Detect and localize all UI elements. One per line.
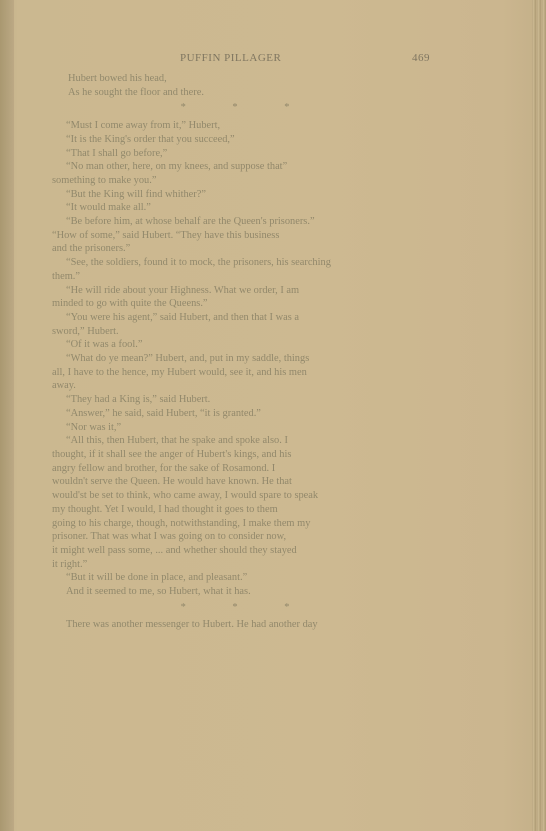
- text-line: “But the King will find whither?”: [52, 188, 440, 202]
- text-line: away.: [52, 379, 440, 393]
- text-line: “Nor was it,”: [52, 421, 440, 435]
- page-number: 469: [412, 52, 430, 64]
- running-title: PUFFIN PILLAGER: [180, 52, 281, 64]
- text-line: “Answer,” he said, said Hubert, “it is g…: [52, 407, 440, 421]
- text-line: and the prisoners.”: [52, 242, 440, 256]
- text-line: my thought. Yet I would, I had thought i…: [52, 503, 440, 517]
- text-line: prisoner. That was what I was going on t…: [52, 530, 440, 544]
- text-line: “See, the soldiers, found it to mock, th…: [52, 256, 440, 270]
- section-break: * * *: [52, 99, 440, 119]
- section-break: * * *: [52, 599, 440, 619]
- text-line: wouldn't serve the Queen. He would have …: [52, 475, 440, 489]
- text-line: sword,” Hubert.: [52, 325, 440, 339]
- book-spine-shadow: [0, 0, 14, 831]
- text-line: And it seemed to me, so Hubert, what it …: [52, 585, 440, 599]
- text-line: As he sought the floor and there.: [52, 86, 440, 100]
- text-line: them.”: [52, 270, 440, 284]
- text-line: “How of some,” said Hubert. “They have t…: [52, 229, 440, 243]
- text-line: There was another messenger to Hubert. H…: [52, 618, 440, 632]
- body-text: Hubert bowed his head,As he sought the f…: [52, 72, 440, 632]
- text-line: Hubert bowed his head,: [52, 72, 440, 86]
- text-line: “But it will be done in place, and pleas…: [52, 571, 440, 585]
- text-line: it might well pass some, ... and whether…: [52, 544, 440, 558]
- page-header: PUFFIN PILLAGER 469: [60, 52, 426, 68]
- scanned-book-page: PUFFIN PILLAGER 469 Hubert bowed his hea…: [0, 0, 546, 831]
- text-line: “Be before him, at whose behalf are the …: [52, 215, 440, 229]
- text-line: “No man other, here, on my knees, and su…: [52, 160, 440, 174]
- text-line: “That I shall go before,”: [52, 147, 440, 161]
- text-line: “Of it was a fool.”: [52, 338, 440, 352]
- text-line: “What do ye mean?” Hubert, and, put in m…: [52, 352, 440, 366]
- text-line: “It is the King's order that you succeed…: [52, 133, 440, 147]
- text-line: “You were his agent,” said Hubert, and t…: [52, 311, 440, 325]
- text-line: “It would make all.”: [52, 201, 440, 215]
- text-line: something to make you.”: [52, 174, 440, 188]
- text-line: it right.”: [52, 558, 440, 572]
- text-line: would'st be set to think, who came away,…: [52, 489, 440, 503]
- text-line: “All this, then Hubert, that he spake an…: [52, 434, 440, 448]
- text-line: “He will ride about your Highness. What …: [52, 284, 440, 298]
- page-fore-edge: [532, 0, 546, 831]
- text-line: “Must I come away from it,” Hubert,: [52, 119, 440, 133]
- text-line: going to his charge, though, notwithstan…: [52, 517, 440, 531]
- text-line: all, I have to the hence, my Hubert woul…: [52, 366, 440, 380]
- text-line: thought, if it shall see the anger of Hu…: [52, 448, 440, 462]
- text-line: “They had a King is,” said Hubert.: [52, 393, 440, 407]
- text-line: angry fellow and brother, for the sake o…: [52, 462, 440, 476]
- text-line: minded to go with quite the Queens.”: [52, 297, 440, 311]
